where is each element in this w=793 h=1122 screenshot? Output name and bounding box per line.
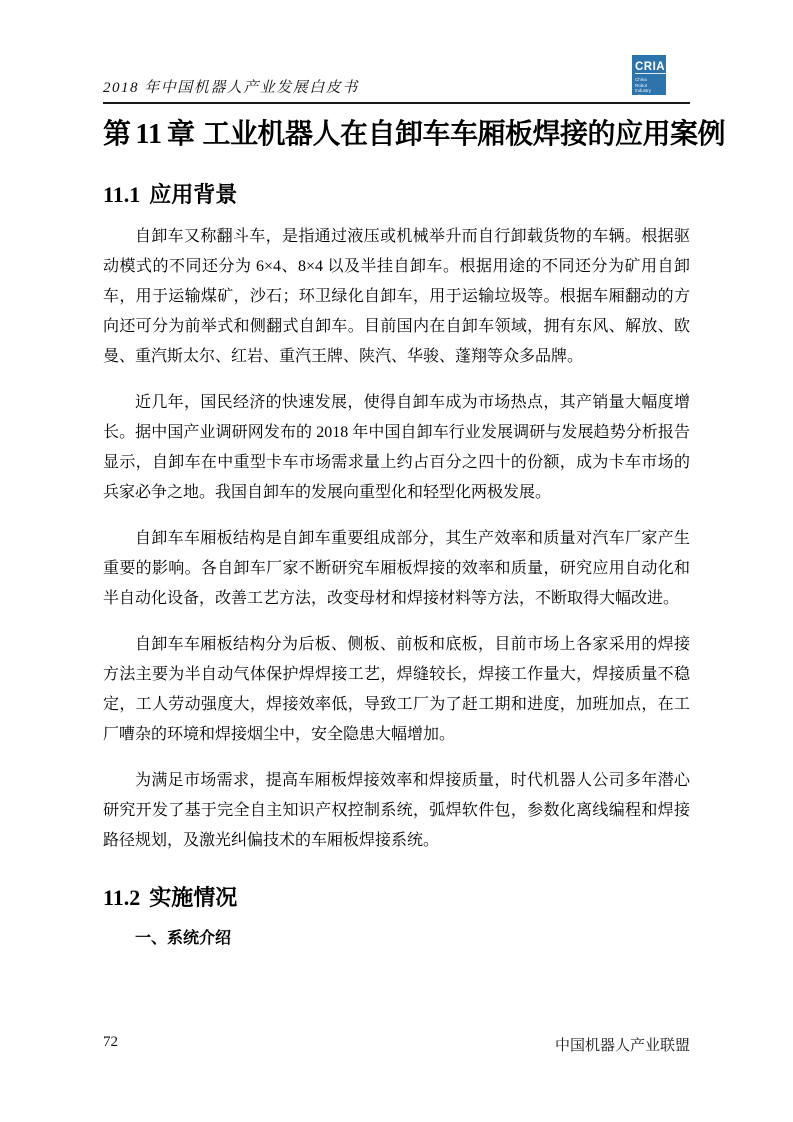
paragraph: 自卸车车厢板结构是自卸车重要组成部分，其生产效率和质量对汽车厂家产生重要的影响。… xyxy=(103,524,690,614)
footer-organization: 中国机器人产业联盟 xyxy=(555,1034,690,1055)
chapter-title: 第11章工业机器人在自卸车车厢板焊接的应用案例 xyxy=(103,116,690,153)
chapter-title-text: 工业机器人在自卸车车厢板焊接的应用案例 xyxy=(203,118,726,149)
cria-logo-acronym: CRIA xyxy=(635,61,667,74)
section-title-text: 实施情况 xyxy=(149,885,237,910)
section-number: 11.1 xyxy=(103,182,140,207)
page-footer: 72 中国机器人产业联盟 xyxy=(103,1034,690,1055)
running-header: 2018 年中国机器人产业发展白皮书 CRIA China Robot Indu… xyxy=(103,0,690,104)
chapter-label-prefix: 第 xyxy=(103,118,131,149)
cria-logo-caption: China Robot Industry Alliance xyxy=(635,77,666,99)
cria-logo-caption-line: Alliance xyxy=(635,94,666,100)
section-heading-11-2: 11.2实施情况 xyxy=(103,884,690,911)
page-content-column: 2018 年中国机器人产业发展白皮书 CRIA China Robot Indu… xyxy=(103,0,690,950)
paragraph: 自卸车又称翻斗车，是指通过液压或机械举升而自行卸载货物的车辆。根据驱动模式的不同… xyxy=(103,222,690,372)
section-title-text: 应用背景 xyxy=(149,182,237,207)
paragraph: 近几年，国民经济的快速发展，使得自卸车成为市场热点，其产销量大幅度增长。据中国产… xyxy=(103,388,690,508)
paragraph: 自卸车车厢板结构分为后板、侧板、前板和底板，目前市场上各家采用的焊接方法主要为半… xyxy=(103,630,690,750)
cria-logo: CRIA China Robot Industry Alliance xyxy=(632,55,666,95)
chapter-label-suffix: 章 xyxy=(167,118,195,149)
section-number: 11.2 xyxy=(103,885,140,910)
page-number: 72 xyxy=(103,1034,118,1055)
chapter-number: 11 xyxy=(131,119,167,150)
section-heading-11-1: 11.1应用背景 xyxy=(103,181,690,208)
chapter-label: 第11章 xyxy=(103,118,195,149)
subsection-heading: 一、系统介绍 xyxy=(103,928,690,950)
paragraph: 为满足市场需求，提高车厢板焊接效率和焊接质量，时代机器人公司多年潜心研究开发了基… xyxy=(103,766,690,856)
document-page: 2018 年中国机器人产业发展白皮书 CRIA China Robot Indu… xyxy=(0,0,793,1122)
running-header-title: 2018 年中国机器人产业发展白皮书 xyxy=(103,80,359,96)
